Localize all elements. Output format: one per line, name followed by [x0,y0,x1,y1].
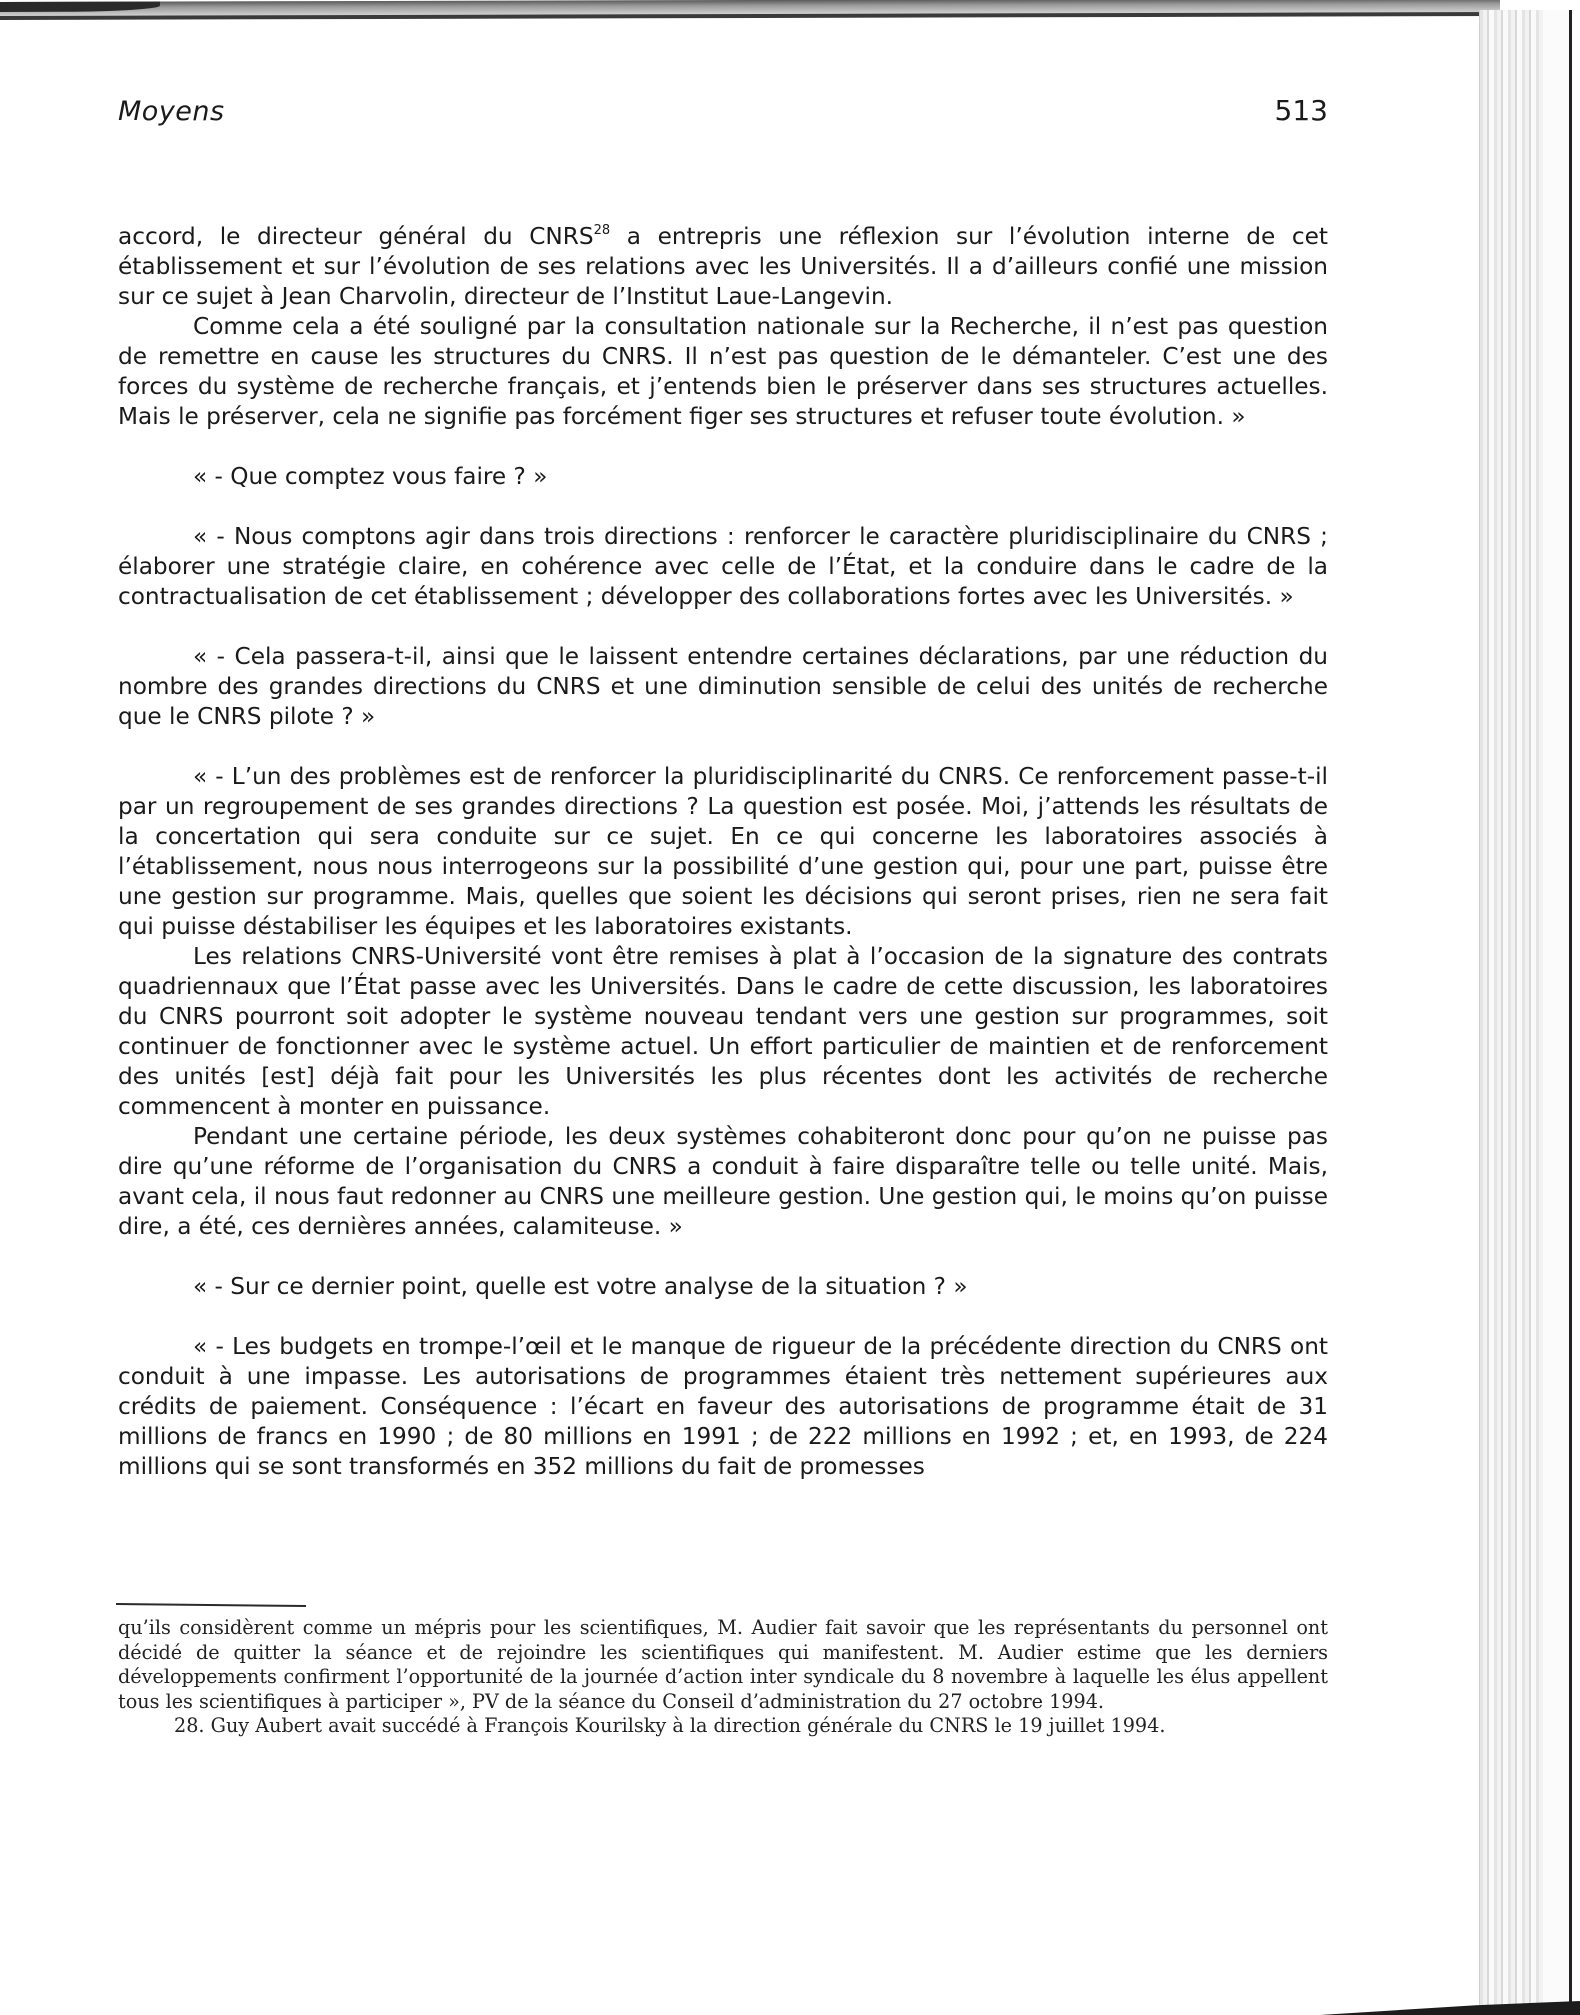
book-top-edge-shadow [0,0,1500,20]
footnote-ref-28: 28 [594,223,611,238]
footnote-separator [116,1603,306,1607]
footnote-28: 28. Guy Aubert avait succédé à François … [118,1714,1328,1739]
paragraph-continued: accord, le directeur général du CNRS28 a… [118,222,1328,312]
footnote-number: 28. [174,1714,205,1737]
running-header: Moyens 513 [118,94,1328,134]
interview-answer: « - L’un des problèmes est de renforcer … [118,762,1328,942]
paragraph: Les relations CNRS-Université vont être … [118,942,1328,1122]
interview-answer: « - Les budgets en trompe-l’œil et le ma… [118,1332,1328,1482]
footnote-text: Guy Aubert avait succédé à François Kour… [205,1714,1166,1737]
page-number: 513 [1275,94,1328,127]
page-stack-edge [1479,10,1572,2005]
interview-question: « - Cela passera-t-il, ainsi que le lais… [118,642,1328,732]
paragraph: Pendant une certaine période, les deux s… [118,1122,1328,1242]
interview-question: « - Que comptez vous faire ? » [118,462,1328,492]
body-text: accord, le directeur général du CNRS28 a… [118,222,1328,1482]
footnote-continued: qu’ils considèrent comme un mépris pour … [118,1616,1328,1714]
interview-answer: « - Nous comptons agir dans trois direct… [118,522,1328,612]
book-bottom-corner-shadow [1320,2001,1580,2015]
running-title: Moyens [118,96,225,127]
interview-question: « - Sur ce dernier point, quelle est vot… [118,1272,1328,1302]
paragraph-text: accord, le directeur général du CNRS [118,223,594,250]
paragraph: Comme cela a été souligné par la consult… [118,312,1328,432]
footnotes: qu’ils considèrent comme un mépris pour … [118,1616,1328,1739]
